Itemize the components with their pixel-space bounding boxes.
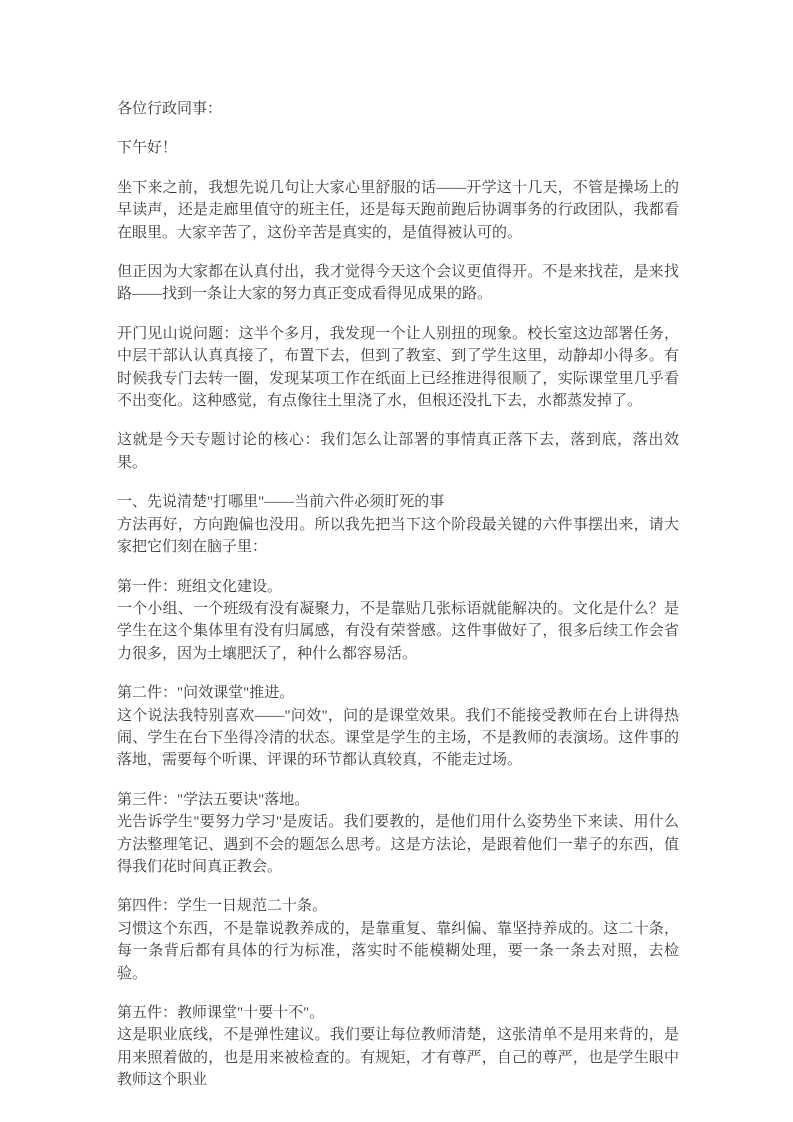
intro-paragraph-2: 但正因为大家都在认真付出，我才觉得今天这个会议更值得开。不是来找茬，是来找路——… <box>117 261 679 306</box>
item-1-body: 一个小组、一个班级有没有凝聚力，不是靠贴几张标语就能解决的。文化是什么？是学生在… <box>117 598 679 665</box>
item-2: 第二件："问效课堂"推进。 这个说法我特别喜欢——"问效"，问的是课堂效果。我们… <box>117 682 679 772</box>
intro-paragraph-3: 开门见山说问题：这半个多月，我发现一个让人别扭的现象。校长室这边部署任务，中层干… <box>117 323 679 413</box>
item-4-body: 习惯这个东西，不是靠说教养成的，是靠重复、靠纠偏、靠坚持养成的。这二十条，每一条… <box>117 918 679 985</box>
item-4-title: 第四件：学生一日规范二十条。 <box>117 895 679 917</box>
item-3-title: 第三件："学法五要诀"落地。 <box>117 789 679 811</box>
intro-paragraph-1: 坐下来之前，我想先说几句让大家心里舒服的话——开学这十几天，不管是操场上的早读声… <box>117 177 679 244</box>
section-1-lead: 方法再好，方向跑偏也没用。所以我先把当下这个阶段最关键的六件事摆出来，请大家把它… <box>117 514 679 559</box>
greeting: 下午好！ <box>117 137 679 159</box>
item-4: 第四件：学生一日规范二十条。 习惯这个东西，不是靠说教养成的，是靠重复、靠纠偏、… <box>117 895 679 985</box>
item-1: 第一件：班组文化建设。 一个小组、一个班级有没有凝聚力，不是靠贴几张标语就能解决… <box>117 576 679 666</box>
section-1-heading: 一、先说清楚"打哪里"——当前六件必须盯死的事 <box>117 491 679 513</box>
item-1-title: 第一件：班组文化建设。 <box>117 576 679 598</box>
item-3-body: 光告诉学生"要努力学习"是废话。我们要教的，是他们用什么姿势坐下来读、用什么方法… <box>117 811 679 878</box>
item-3: 第三件："学法五要诀"落地。 光告诉学生"要努力学习"是废话。我们要教的，是他们… <box>117 789 679 879</box>
document-page: 各位行政同事： 下午好！ 坐下来之前，我想先说几句让大家心里舒服的话——开学这十… <box>0 0 793 1122</box>
item-5-body: 这是职业底线，不是弹性建议。我们要让每位教师清楚，这张清单不是用来背的，是用来照… <box>117 1024 679 1091</box>
item-5-title: 第五件：教师课堂"十要十不"。 <box>117 1002 679 1024</box>
item-5: 第五件：教师课堂"十要十不"。 这是职业底线，不是弹性建议。我们要让每位教师清楚… <box>117 1002 679 1092</box>
salutation: 各位行政同事： <box>117 98 679 120</box>
document-content: 各位行政同事： 下午好！ 坐下来之前，我想先说几句让大家心里舒服的话——开学这十… <box>117 98 679 1092</box>
section-1: 一、先说清楚"打哪里"——当前六件必须盯死的事 方法再好，方向跑偏也没用。所以我… <box>117 491 679 558</box>
item-2-body: 这个说法我特别喜欢——"问效"，问的是课堂效果。我们不能接受教师在台上讲得热闹、… <box>117 705 679 772</box>
intro-paragraph-4: 这就是今天专题讨论的核心：我们怎么让部署的事情真正落下去，落到底，落出效果。 <box>117 429 679 474</box>
item-2-title: 第二件："问效课堂"推进。 <box>117 682 679 704</box>
